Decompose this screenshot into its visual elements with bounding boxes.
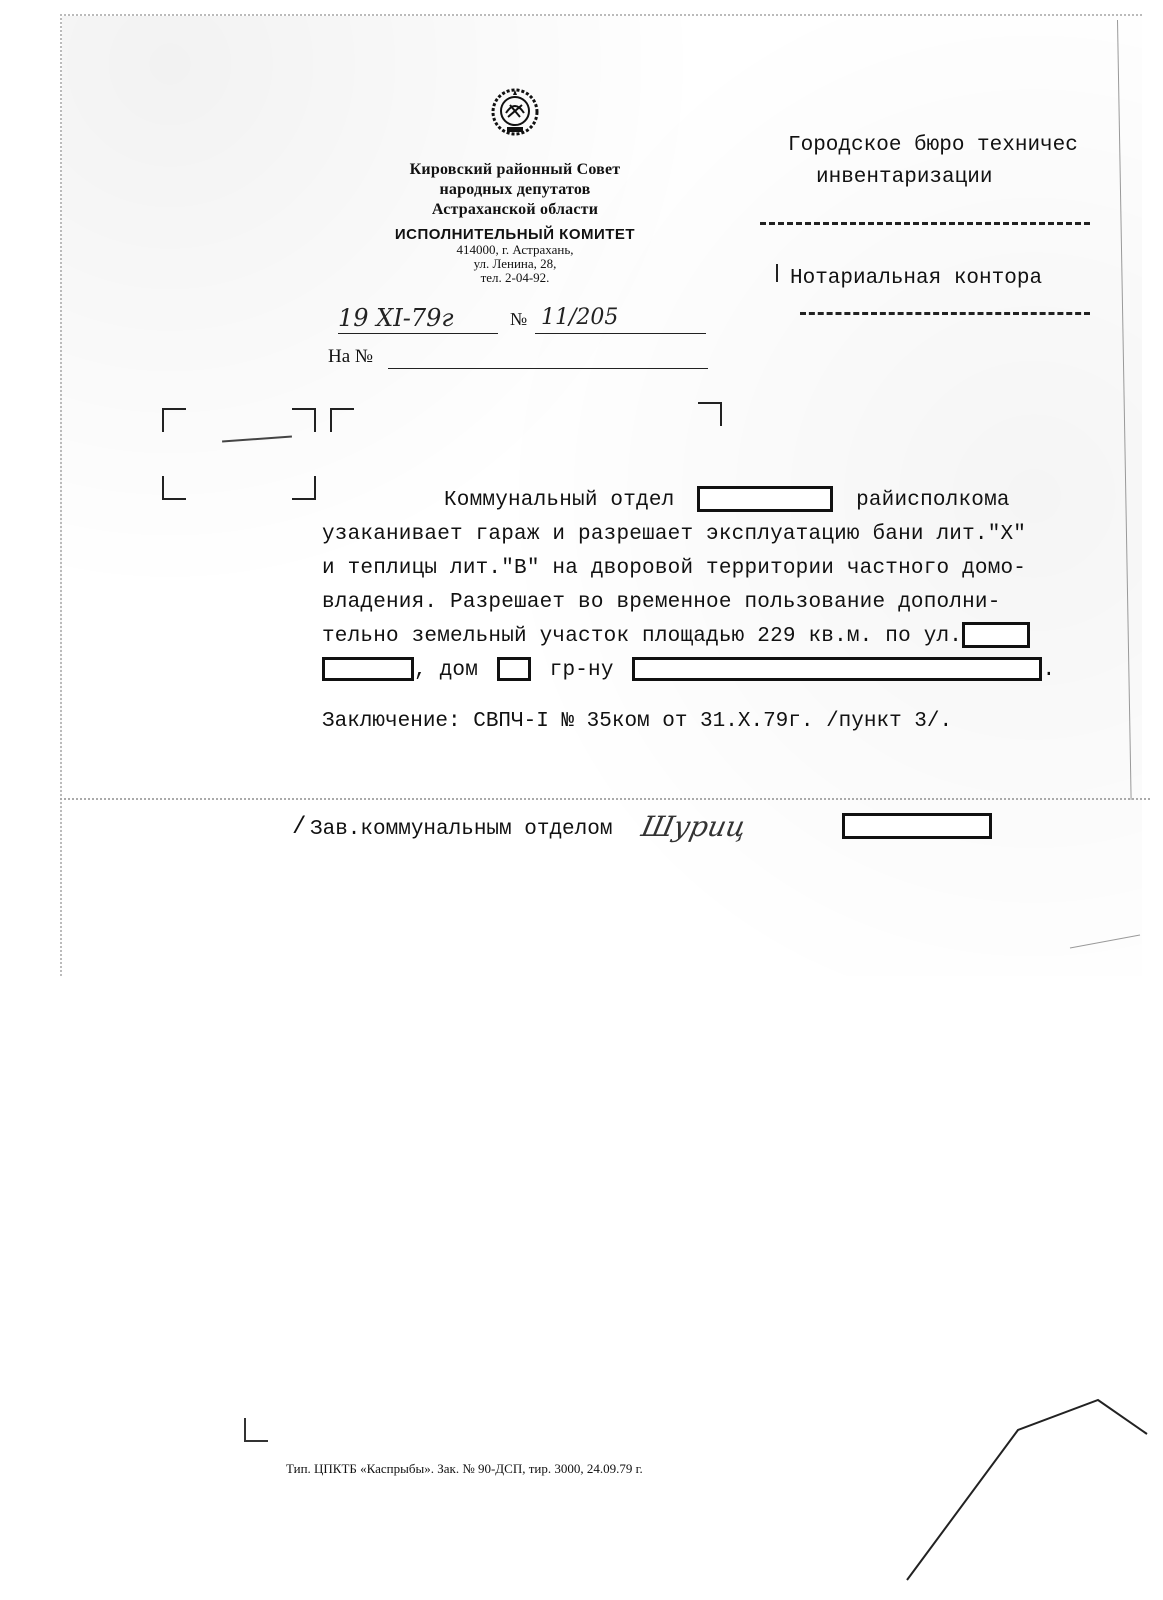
folded-corner-lines xyxy=(0,0,1163,1600)
